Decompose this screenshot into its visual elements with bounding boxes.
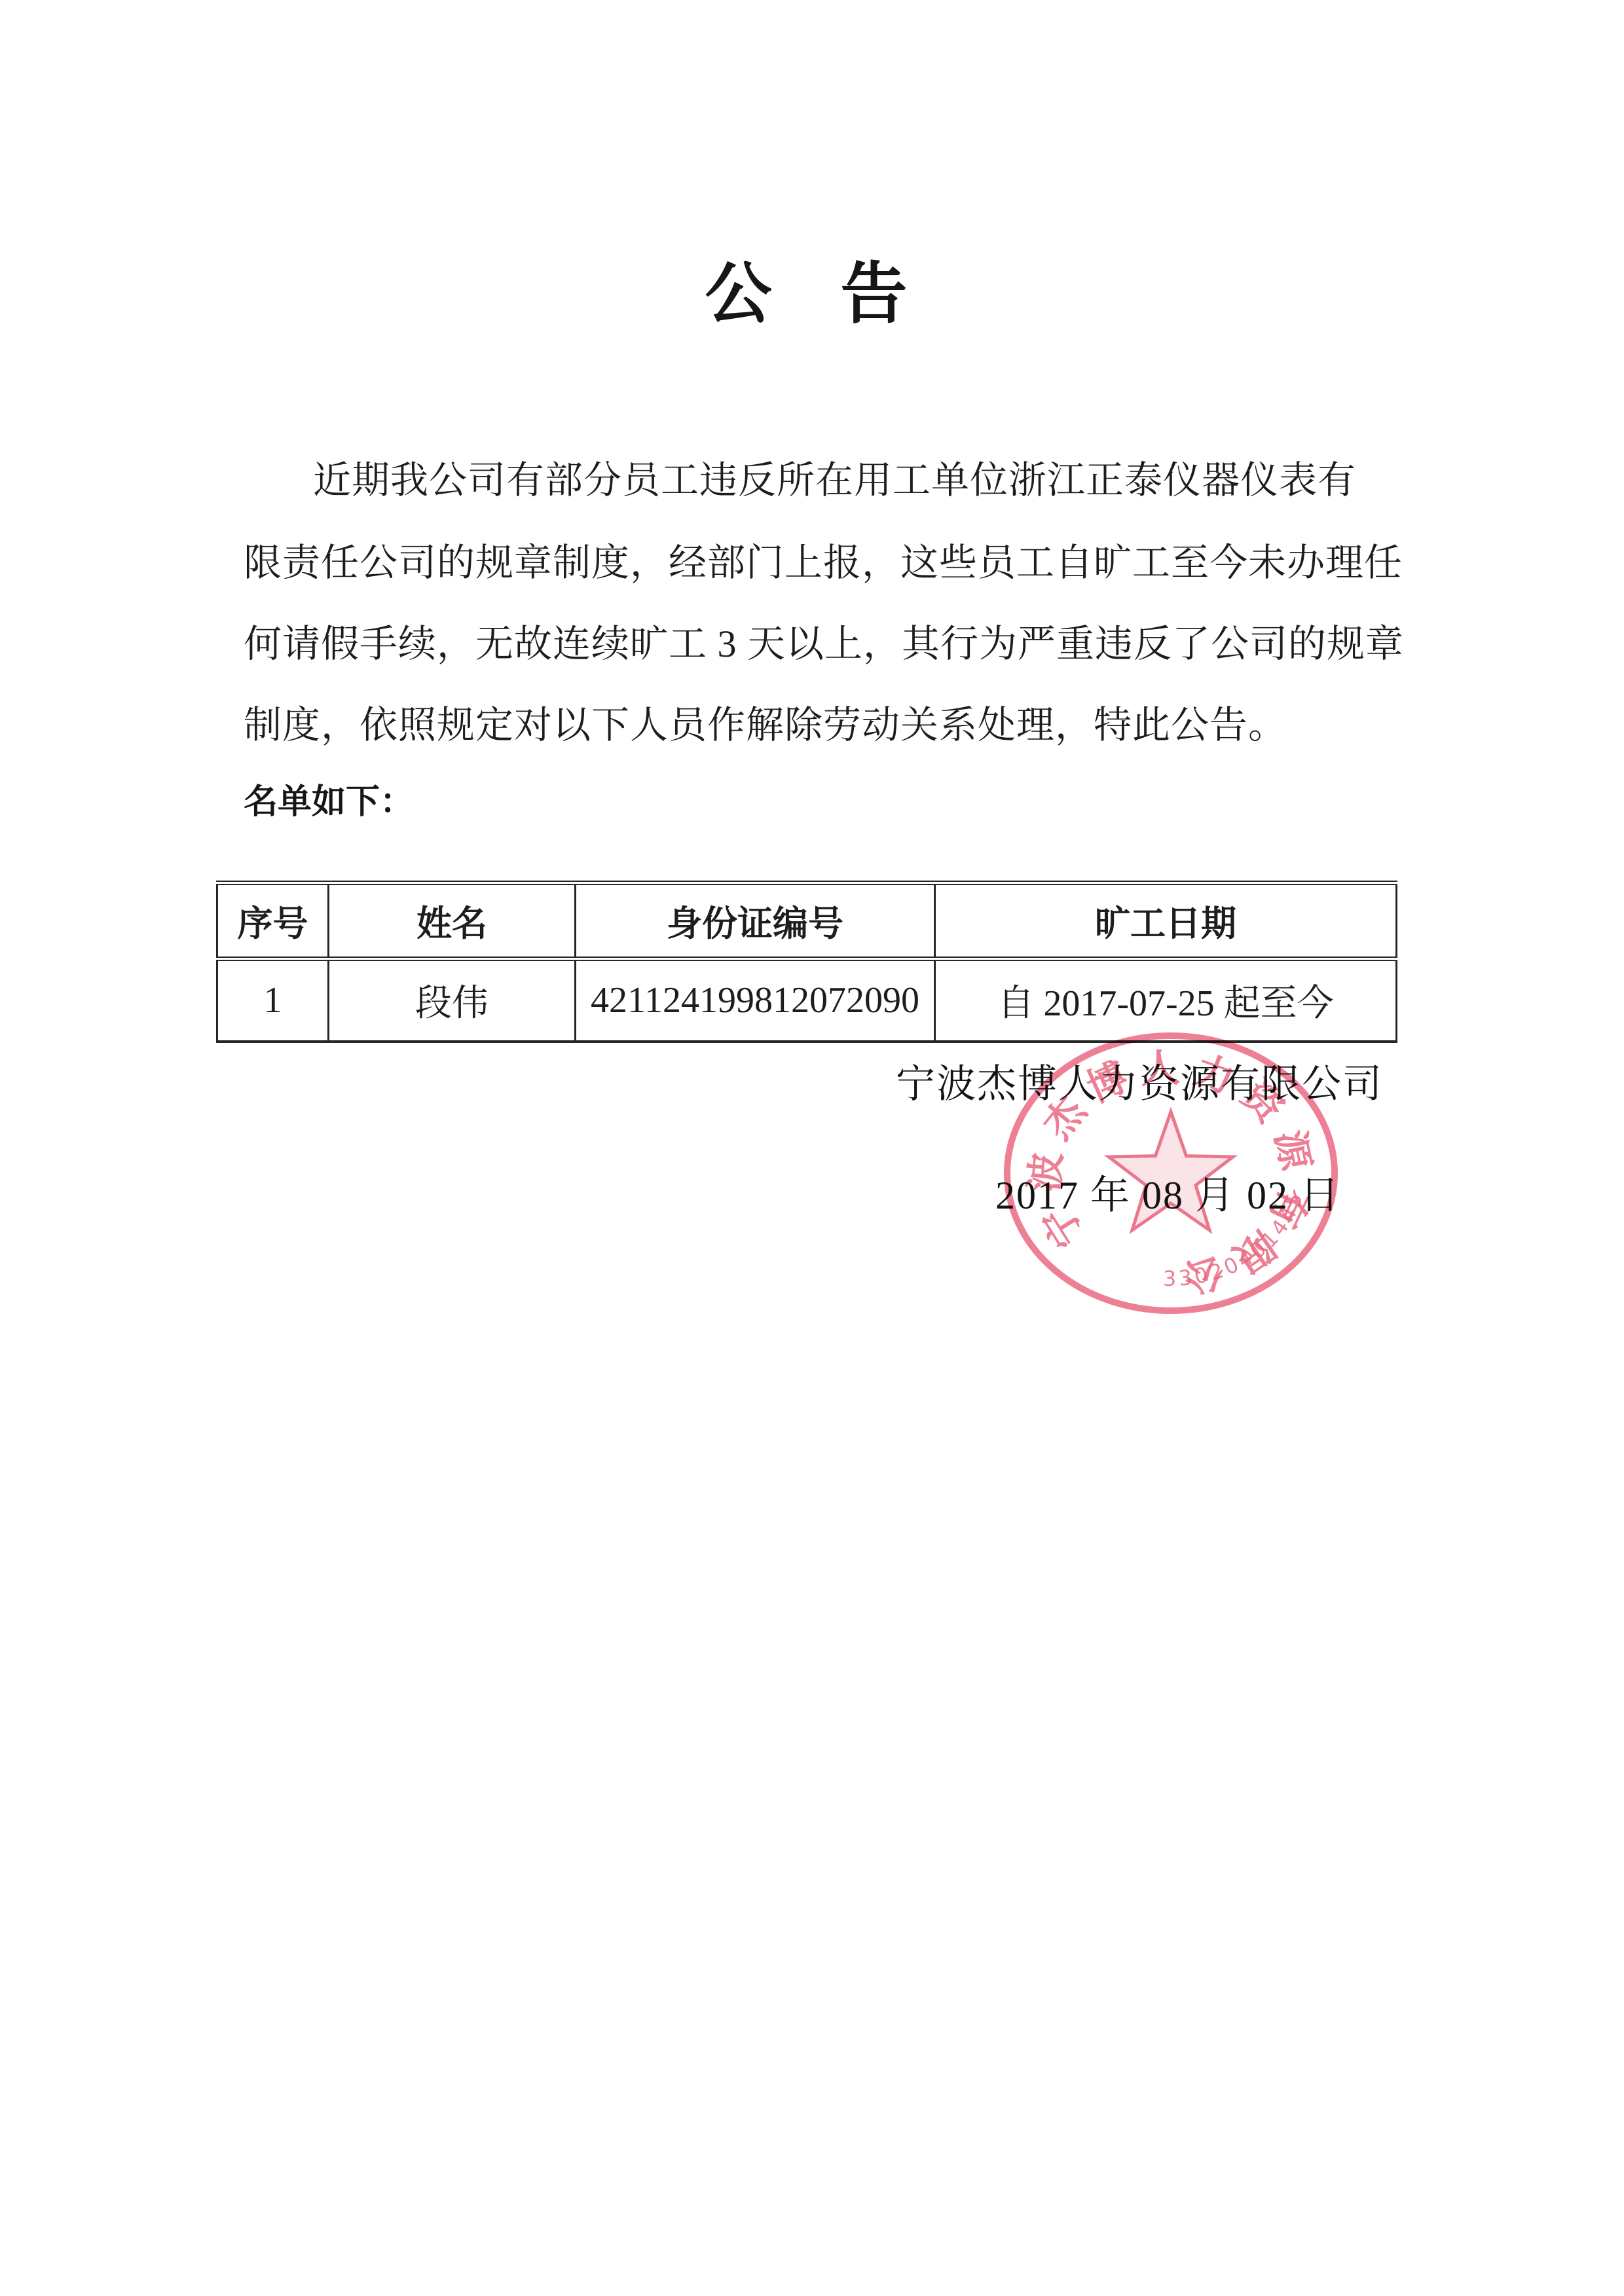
body-paragraph-line: 何请假手续，无故连续旷工 3 天以上，其行为严重违反了公司的规章 [244, 622, 1396, 666]
document-page: 公 告 近期我公司有部分员工违反所在用工单位浙江正泰仪器仪表有 限责任公司的规章… [0, 0, 1624, 2296]
table-header-name: 姓名 [329, 883, 576, 959]
cell-index: 1 [217, 959, 329, 1042]
cell-id-number: 421124199812072090 [576, 959, 935, 1042]
body-paragraph-line: 制度，依照规定对以下人员作解除劳动关系处理，特此公告。 [244, 703, 1396, 748]
signature-date: 2017 年 08 月 02 日 [995, 1164, 1340, 1220]
cell-absence-date: 自 2017-07-25 起至今 [935, 959, 1397, 1042]
page-title: 公 告 [0, 241, 1624, 337]
body-paragraph-line: 近期我公司有部分员工违反所在用工单位浙江正泰仪器仪表有 [313, 458, 1466, 503]
table-header-index: 序号 [217, 883, 329, 959]
table-row: 1 段伟 421124199812072090 自 2017-07-25 起至今 [217, 959, 1397, 1042]
table-header-absence-date: 旷工日期 [935, 883, 1397, 959]
body-paragraph-line: 限责任公司的规章制度，经部门上报，这些员工自旷工至今未办理任 [244, 541, 1396, 585]
signature-company-name: 宁波杰博人力资源有限公司 [896, 1053, 1383, 1109]
dismissal-roster-table: 序号 姓名 身份证编号 旷工日期 1 段伟 421124199812072090… [216, 881, 1397, 1043]
cell-name: 段伟 [329, 959, 576, 1042]
table-header-row: 序号 姓名 身份证编号 旷工日期 [217, 883, 1397, 959]
roster-list-label: 名单如下： [244, 774, 414, 823]
table-header-id-number: 身份证编号 [576, 883, 935, 959]
